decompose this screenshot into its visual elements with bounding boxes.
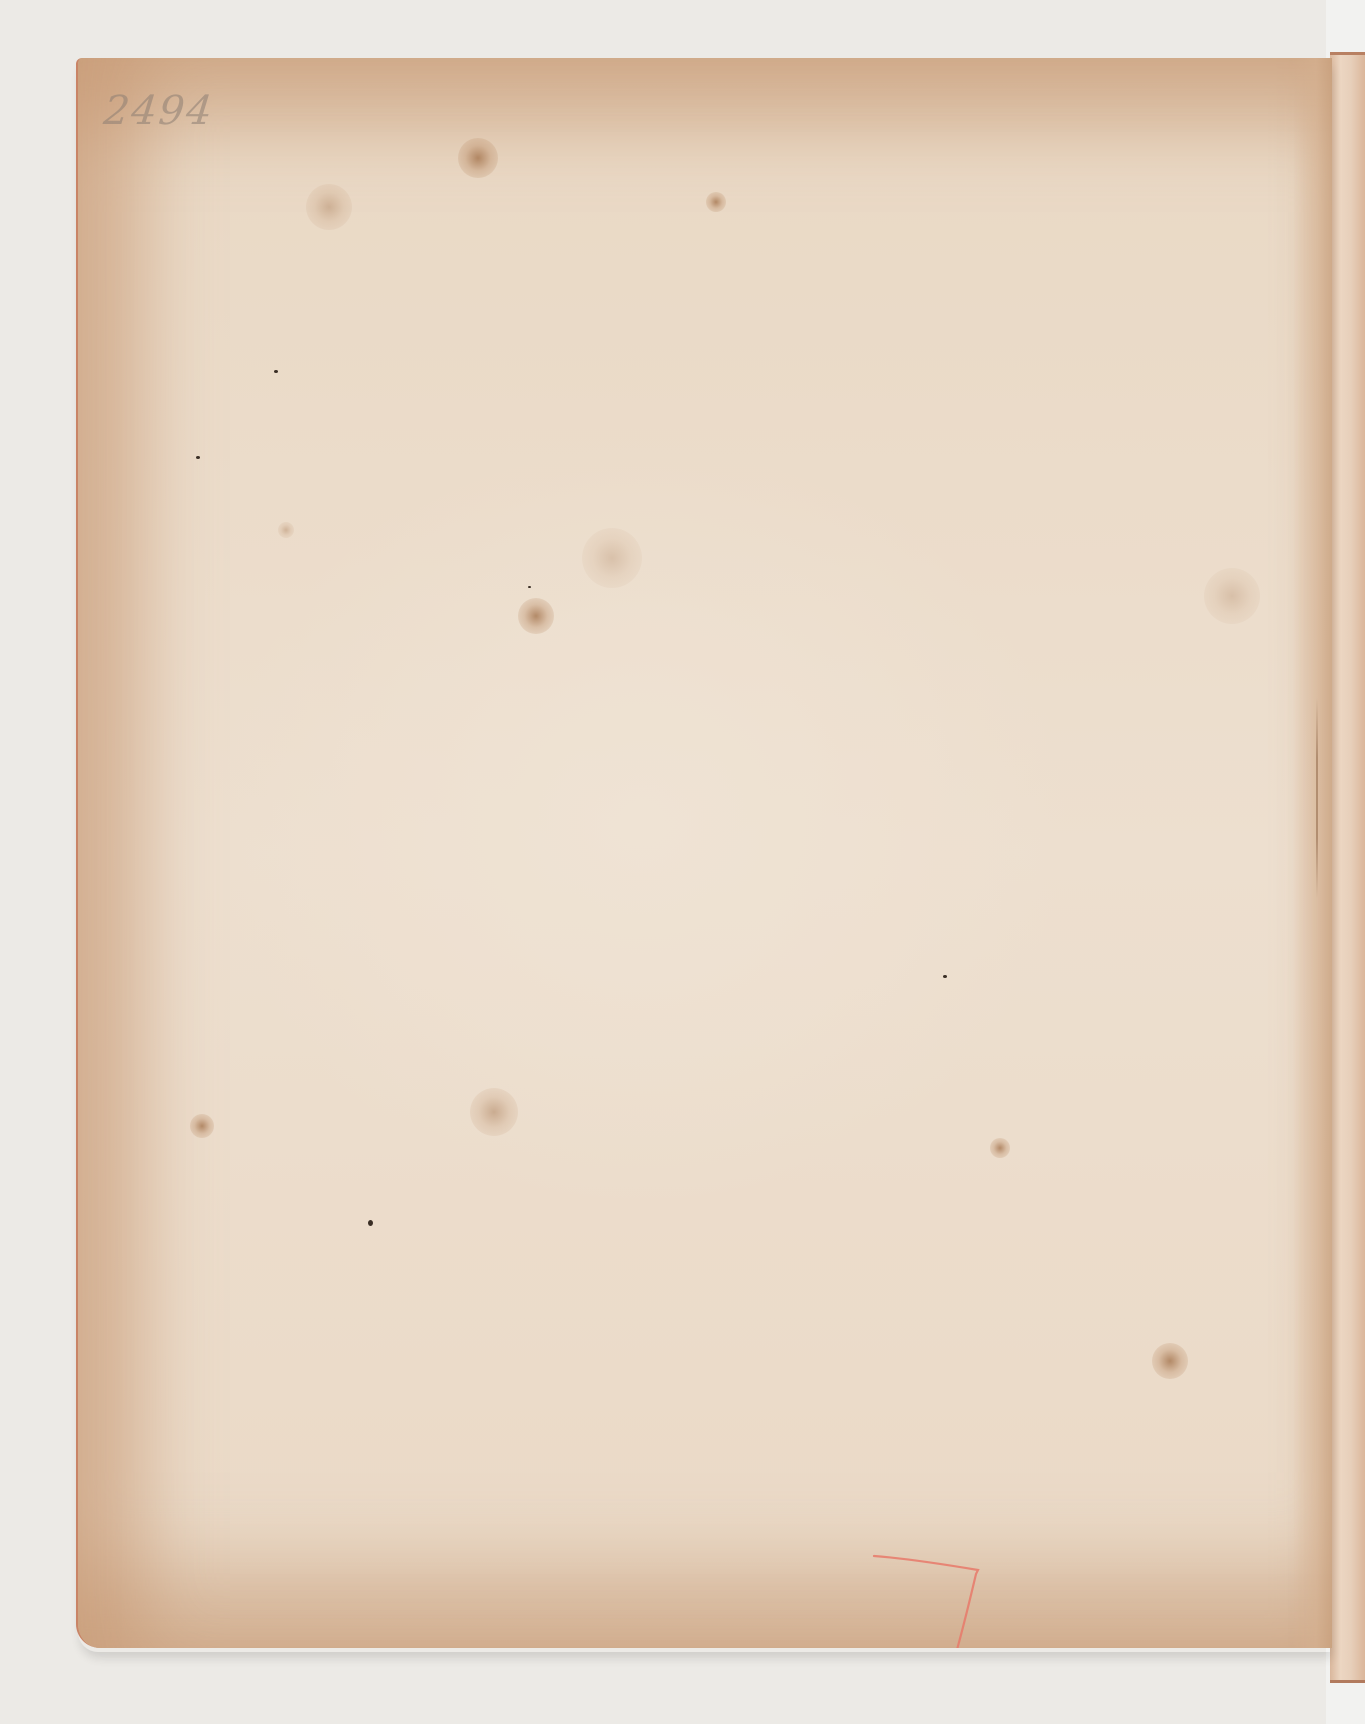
paper-speck: [274, 370, 278, 373]
stain-spot: [278, 522, 294, 538]
stain-spot: [190, 1114, 214, 1138]
paper-speck: [528, 586, 531, 588]
stain-spot: [518, 598, 554, 634]
stain-spot: [1152, 1343, 1188, 1379]
gutter-crease: [1316, 698, 1318, 898]
paper-speck: [943, 975, 947, 978]
book-page: 2494: [76, 58, 1332, 1648]
paper-speck: [368, 1220, 373, 1226]
pencil-catalog-number: 2494: [102, 88, 217, 134]
paper-speck: [196, 456, 200, 459]
red-crayon-mark: [872, 1548, 982, 1648]
stain-spot: [990, 1138, 1010, 1158]
foxing-border: [78, 58, 1332, 1648]
stain-spot: [306, 184, 352, 230]
binding-gutter: [1292, 58, 1332, 1648]
stain-spot: [706, 192, 726, 212]
facing-page-edge: [1330, 52, 1365, 1683]
stain-spot: [470, 1088, 518, 1136]
stain-spot: [458, 138, 498, 178]
stain-spot: [1204, 568, 1260, 624]
stain-spot: [582, 528, 642, 588]
